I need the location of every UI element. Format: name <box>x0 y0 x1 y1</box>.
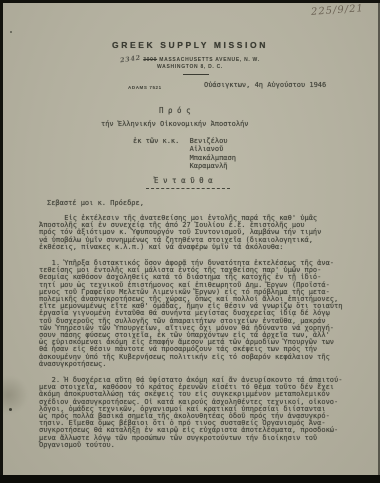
handwritten-ref-number: 225/9/21 <box>311 3 365 18</box>
ink-speck <box>10 31 12 33</box>
letterhead-divider <box>183 74 209 75</box>
recipient-place: Ἐ ν τ α ῦ θ α <box>154 176 213 185</box>
handwritten-street-number: 2342 <box>120 54 142 65</box>
recipient-names-list: ΒενιζέλουΑἰλιανοῦΜπακάλμπασηΚαραμανλῆ <box>190 137 236 170</box>
ink-speck <box>9 408 12 411</box>
place-underline <box>146 188 230 189</box>
letterhead-city: WASHINGTON 8, D. C. <box>0 64 380 70</box>
date-line: Οὐάσιγκτων, 4η Αὐγούστου 1946 <box>204 81 326 89</box>
street-name: MASSACHUSETTS AVENUE, N. W. <box>159 57 260 63</box>
text-line: Καραμανλῆ <box>190 162 236 170</box>
text-line: Αἰλιανοῦ <box>190 145 236 153</box>
margin-smudge <box>0 376 28 414</box>
document-page: 225/9/21 GREEK SUPPLY MISSION 2342 3000 … <box>0 0 380 483</box>
recipient-organization: τήν Ἑλληνικήν Οἰκονομικήν Ἀποστολήν <box>101 120 249 128</box>
letter-body: Εἰς ἐκτέλεσιν τῆς ἀνατεθείσης μοι ἐντολῆ… <box>39 215 373 449</box>
letterhead-org-name: GREEK SUPPLY MISSION <box>0 40 380 50</box>
attention-prefix: ἐκ τῶν κ.κ. <box>133 137 179 145</box>
paragraph-1: 1. Ὑπῆρξα διστακτικός ὅσον ἀφορᾷ τήν δυν… <box>39 260 373 368</box>
paragraph-intro: Εἰς ἐκτέλεσιν τῆς ἀνατεθείσης μοι ἐντολῆ… <box>39 215 373 251</box>
salutation: Σεβαστέ μοι κ. Πρόεδρε, <box>47 199 144 207</box>
recipient-to-label: Π ρ ό ς <box>159 106 191 115</box>
recipient-attention-block: ἐκ τῶν κ.κ. ΒενιζέλουΑἰλιανοῦΜπακάλμπαση… <box>133 137 236 170</box>
scan-edge-bottom <box>0 475 380 483</box>
text-line: ἐκθέσεις, πίνακες κ.λ.π.) καί νά ἀναφέρω… <box>39 244 373 251</box>
letterhead-address: 2342 3000 MASSACHUSETTS AVENUE, N. W. <box>0 55 380 63</box>
text-line: Ὀργανισμοῦ τούτου. <box>39 442 373 449</box>
paragraph-2: 2. Ἡ δυσχέρεια αὕτη θά ὑφίστατο ἀκόμη κα… <box>39 377 373 449</box>
text-line: Μπακάλμπαση <box>190 154 236 162</box>
scan-edge-left <box>0 0 3 483</box>
scan-edge-top <box>0 0 380 3</box>
struck-street-number: 3000 <box>143 57 157 63</box>
letterhead-phone: ADAMS 7521 <box>128 85 162 90</box>
text-line: ἀνασυγκροτήσεως. <box>39 361 373 368</box>
